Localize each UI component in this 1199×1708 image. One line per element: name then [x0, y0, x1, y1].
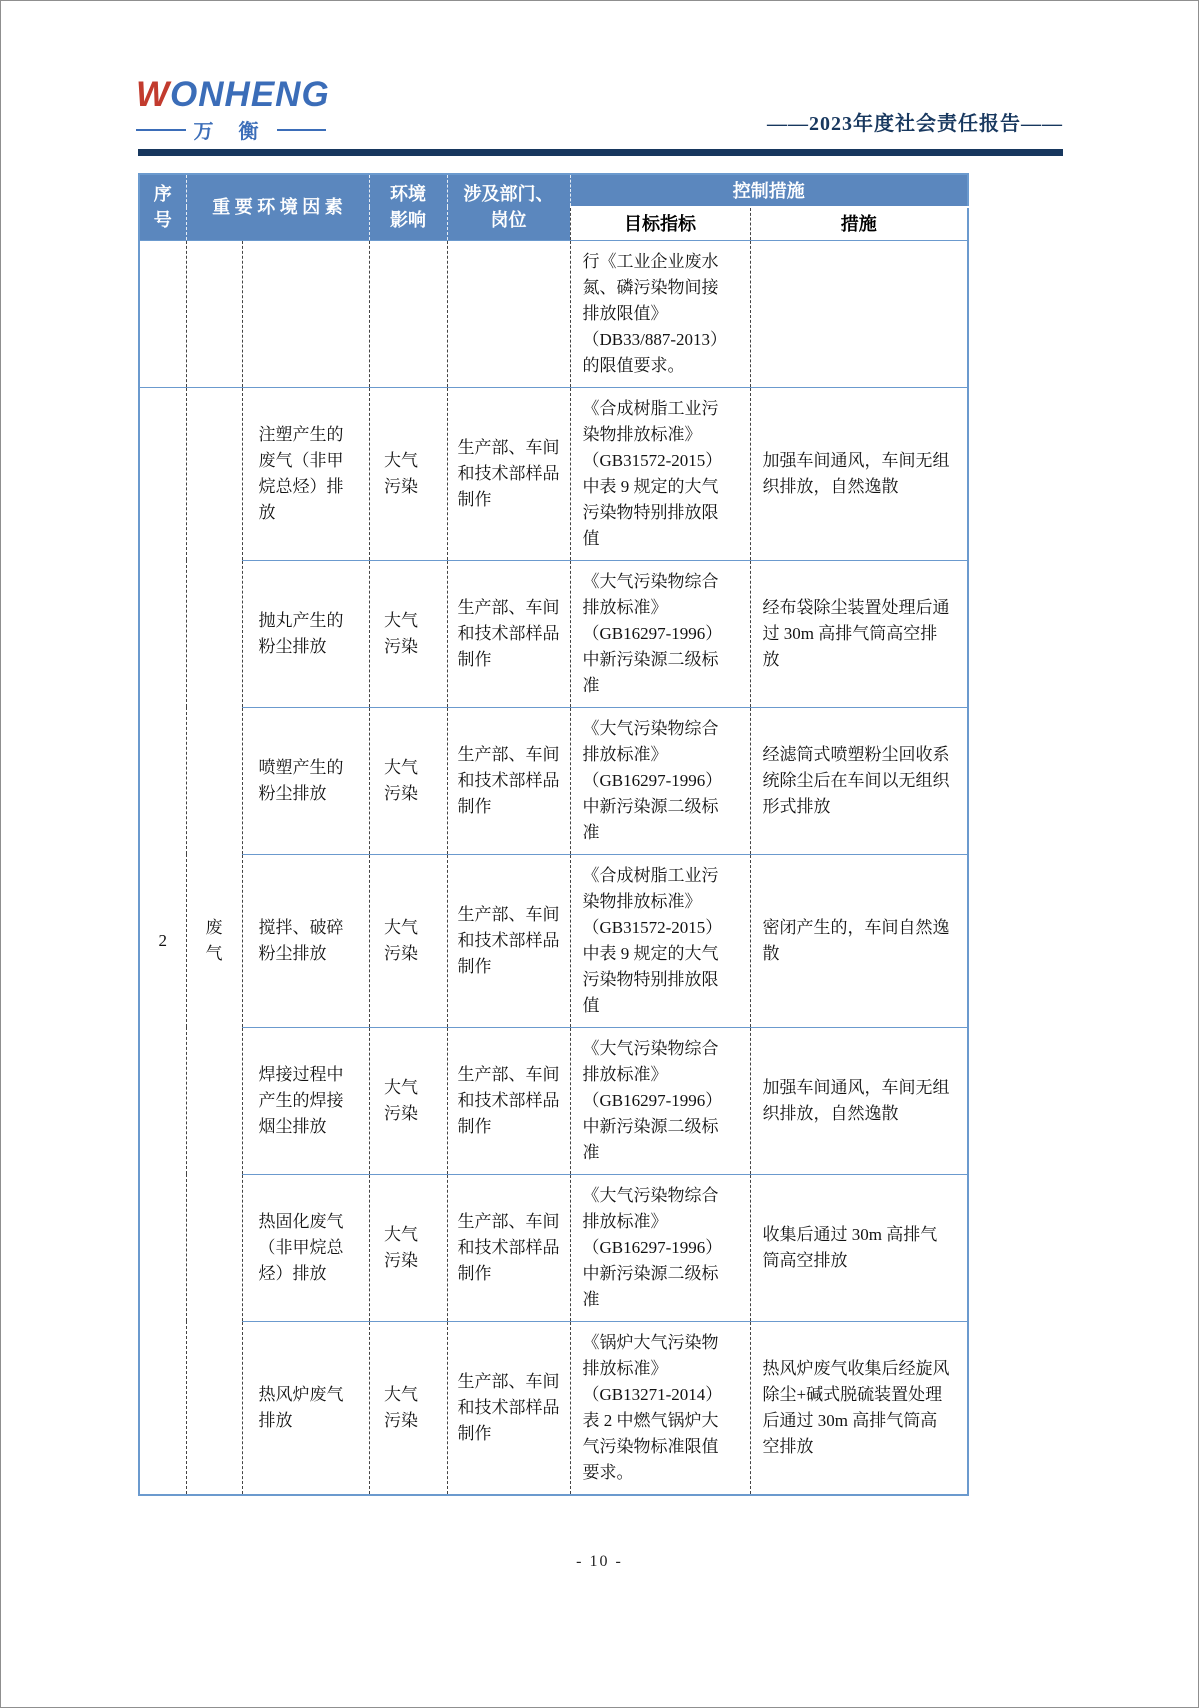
environment-factors-table: 序号 重 要 环 境 因 素 环境影响 涉及部门、岗位 控制措施 目标指标 措施 [138, 173, 967, 1496]
cell-dept: 生产部、车间和技术部样品制作 [447, 1027, 570, 1174]
col-header-target: 目标指标 [570, 207, 750, 240]
cell-factor: 热固化废气（非甲烷总烃）排放 [242, 1174, 369, 1321]
cell-measure: 加强车间通风，车间无组织排放，自然逸散 [750, 387, 968, 560]
cell-factor [242, 240, 369, 387]
cell-factor: 注塑产生的废气（非甲烷总烃）排放 [242, 387, 369, 560]
table-row: 喷塑产生的粉尘排放 大气污染 生产部、车间和技术部样品制作 《大气污染物综合排放… [139, 707, 968, 854]
table-row: 热风炉废气排放 大气污染 生产部、车间和技术部样品制作 《锅炉大气污染物排放标准… [139, 1321, 968, 1495]
col-header-control: 控制措施 [570, 174, 968, 207]
cell-factor: 搅拌、破碎粉尘排放 [242, 854, 369, 1027]
cell-seq [139, 240, 186, 387]
cell-target: 《大气污染物综合排放标准》（GB16297-1996）中新污染源二级标准 [570, 1027, 750, 1174]
col-header-dept: 涉及部门、岗位 [447, 174, 570, 240]
cell-factor: 喷塑产生的粉尘排放 [242, 707, 369, 854]
cell-target: 《锅炉大气污染物排放标准》（GB13271-2014）表 2 中燃气锅炉大气污染… [570, 1321, 750, 1495]
cell-dept [447, 240, 570, 387]
table-row: 热固化废气（非甲烷总烃）排放 大气污染 生产部、车间和技术部样品制作 《大气污染… [139, 1174, 968, 1321]
cell-measure [750, 240, 968, 387]
table-row: 焊接过程中产生的焊接烟尘排放 大气污染 生产部、车间和技术部样品制作 《大气污染… [139, 1027, 968, 1174]
cell-impact: 大气污染 [369, 1174, 447, 1321]
cell-factor: 焊接过程中产生的焊接烟尘排放 [242, 1027, 369, 1174]
cell-measure: 密闭产生的，车间自然逸散 [750, 854, 968, 1027]
cell-target: 《合成树脂工业污染物排放标准》（GB31572-2015）中表 9 规定的大气污… [570, 854, 750, 1027]
cell-measure: 加强车间通风，车间无组织排放，自然逸散 [750, 1027, 968, 1174]
cell-dept: 生产部、车间和技术部样品制作 [447, 1321, 570, 1495]
cell-target: 《大气污染物综合排放标准》（GB16297-1996）中新污染源二级标准 [570, 560, 750, 707]
header-divider-rule [138, 149, 1063, 156]
col-header-factor: 重 要 环 境 因 素 [186, 174, 369, 240]
cell-category [186, 240, 242, 387]
cell-measure: 收集后通过 30m 高排气筒高空排放 [750, 1174, 968, 1321]
cell-impact: 大气污染 [369, 560, 447, 707]
cell-target: 《大气污染物综合排放标准》（GB16297-1996）中新污染源二级标准 [570, 707, 750, 854]
cell-dept: 生产部、车间和技术部样品制作 [447, 854, 570, 1027]
cell-target: 行《工业企业废水氮、磷污染物间接排放限值》（DB33/887-2013）的限值要… [570, 240, 750, 387]
cell-measure: 经布袋除尘装置处理后通过 30m 高排气筒高空排放 [750, 560, 968, 707]
cell-impact: 大气污染 [369, 1321, 447, 1495]
table-row: 搅拌、破碎粉尘排放 大气污染 生产部、车间和技术部样品制作 《合成树脂工业污染物… [139, 854, 968, 1027]
cell-dept: 生产部、车间和技术部样品制作 [447, 387, 570, 560]
cell-dept: 生产部、车间和技术部样品制作 [447, 707, 570, 854]
cell-target: 《合成树脂工业污染物排放标准》（GB31572-2015）中表 9 规定的大气污… [570, 387, 750, 560]
cell-impact: 大气污染 [369, 854, 447, 1027]
cell-factor: 抛丸产生的粉尘排放 [242, 560, 369, 707]
col-header-impact: 环境影响 [369, 174, 447, 240]
col-header-measure: 措施 [750, 207, 968, 240]
cell-dept: 生产部、车间和技术部样品制作 [447, 560, 570, 707]
cell-impact: 大气污染 [369, 1027, 447, 1174]
cell-dept: 生产部、车间和技术部样品制作 [447, 1174, 570, 1321]
cell-impact: 大气污染 [369, 387, 447, 560]
table-row: 抛丸产生的粉尘排放 大气污染 生产部、车间和技术部样品制作 《大气污染物综合排放… [139, 560, 968, 707]
report-header-title: ——2023年度社会责任报告—— [138, 107, 1063, 136]
report-page: WONHENG 万 衡 ——2023年度社会责任报告—— 序号 重 要 环 境 … [0, 0, 1199, 1708]
cell-measure: 热风炉废气收集后经旋风除尘+碱式脱硫装置处理后通过 30m 高排气筒高空排放 [750, 1321, 968, 1495]
cell-seq: 2 [139, 387, 186, 1495]
table-row: 2 废气 注塑产生的废气（非甲烷总烃）排放 大气污染 生产部、车间和技术部样品制… [139, 387, 968, 560]
cell-factor: 热风炉废气排放 [242, 1321, 369, 1495]
cell-impact [369, 240, 447, 387]
cell-category: 废气 [186, 387, 242, 1495]
cell-measure: 经滤筒式喷塑粉尘回收系统除尘后在车间以无组织形式排放 [750, 707, 968, 854]
cell-target: 《大气污染物综合排放标准》（GB16297-1996）中新污染源二级标准 [570, 1174, 750, 1321]
page-number: - 10 - [1, 1553, 1198, 1571]
cell-impact: 大气污染 [369, 707, 447, 854]
col-header-seq: 序号 [139, 174, 186, 240]
table-row: 行《工业企业废水氮、磷污染物间接排放限值》（DB33/887-2013）的限值要… [139, 240, 968, 387]
